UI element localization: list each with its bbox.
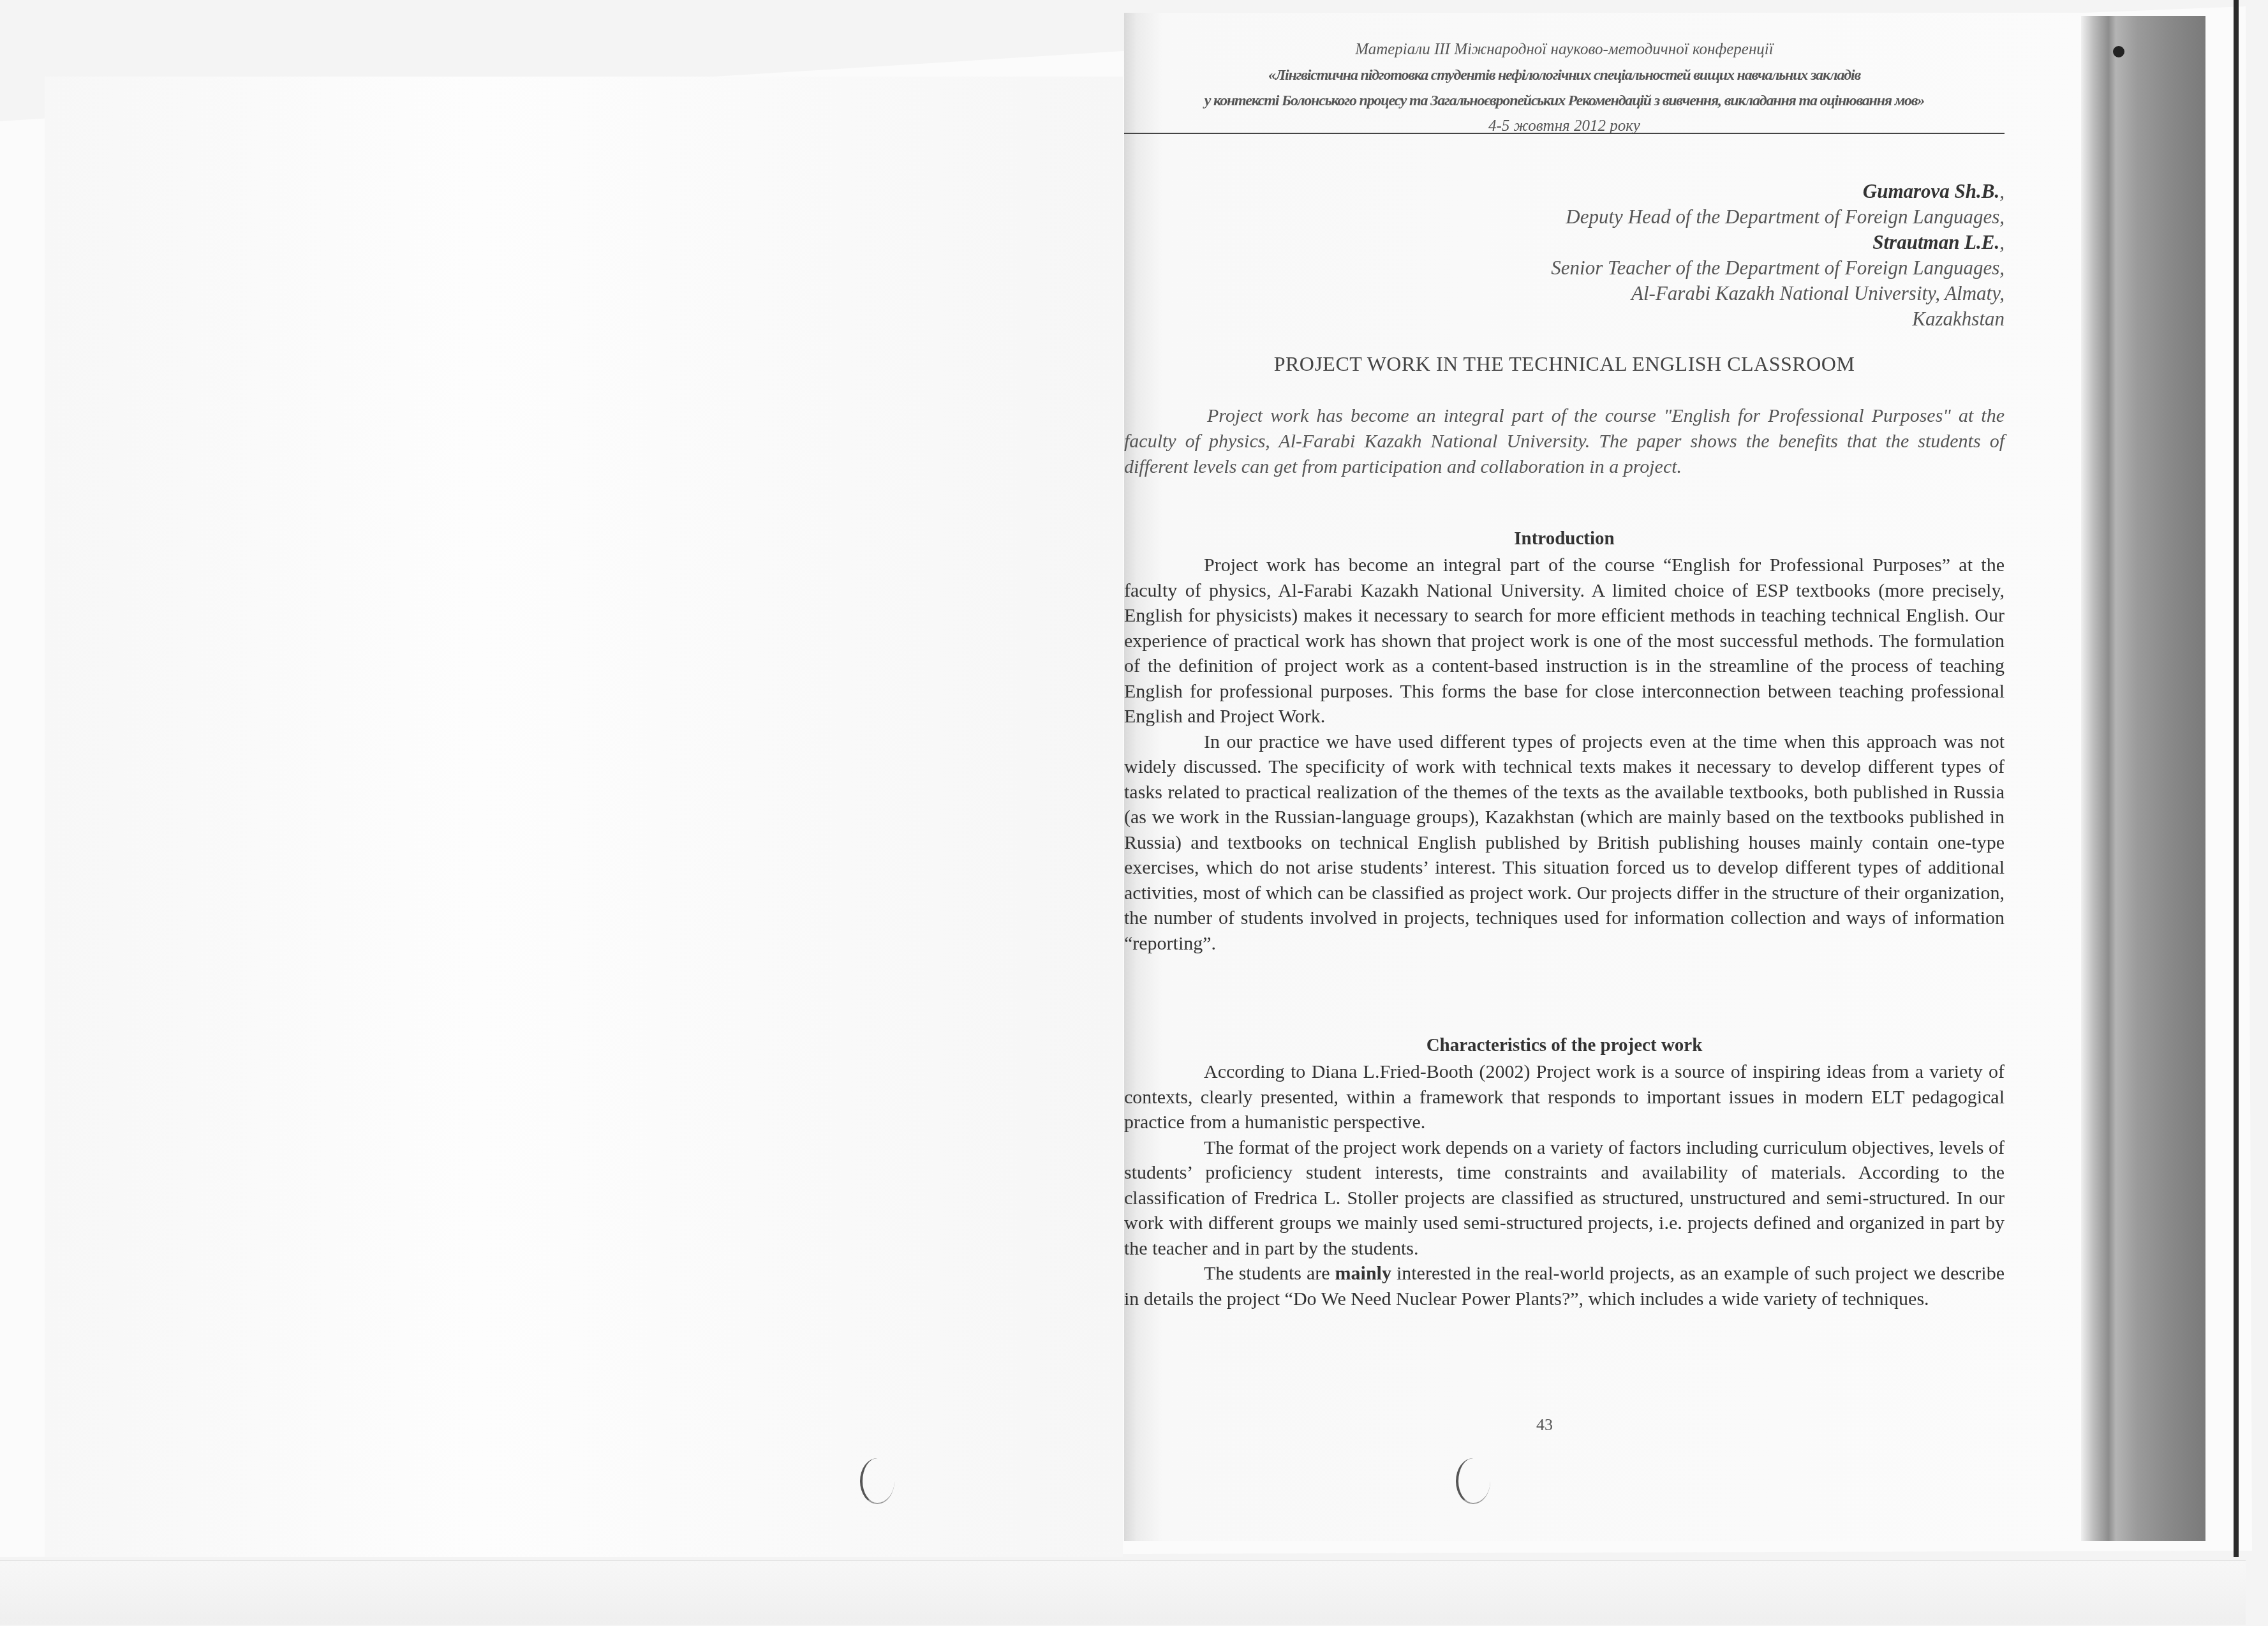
book-spine-shadow xyxy=(2081,16,2205,1541)
section-heading-characteristics: Characteristics of the project work xyxy=(1124,1035,2005,1056)
abstract: Project work has become an integral part… xyxy=(1124,403,2005,480)
author-affiliation: Al-Farabi Kazakh National University, Al… xyxy=(1340,281,2005,306)
author-2-role: Senior Teacher of the Department of Fore… xyxy=(1340,255,2005,281)
scan-speck-icon xyxy=(2113,46,2124,57)
punch-hole-icon xyxy=(1456,1458,1490,1504)
scan-bottom-margin xyxy=(0,1560,2246,1625)
left-page-blank xyxy=(45,77,1123,1557)
paragraph: According to Diana L.Fried-Booth (2002) … xyxy=(1124,1059,2005,1135)
running-header: Матеріали III Міжнародної науково-методи… xyxy=(1124,37,2005,139)
paragraph: In our practice we have used different t… xyxy=(1124,729,2005,957)
header-title-line: «Лінгвістична підготовка студентів нефіл… xyxy=(1124,63,2005,88)
introduction-body: Project work has become an integral part… xyxy=(1124,553,2005,956)
author-2-name: Strautman L.E. xyxy=(1872,231,1999,253)
header-conference-line: Матеріали III Міжнародної науково-методи… xyxy=(1124,37,2005,63)
punch-hole-icon xyxy=(860,1458,894,1504)
author-1-name: Gumarova Sh.B. xyxy=(1863,180,1999,202)
scan-edge-border xyxy=(2234,0,2239,1557)
emphasis: mainly xyxy=(1335,1263,1391,1284)
characteristics-body: According to Diana L.Fried-Booth (2002) … xyxy=(1124,1059,2005,1311)
header-date-line: 4-5 жовтня 2012 року xyxy=(1124,114,2005,139)
paragraph: The format of the project work depends o… xyxy=(1124,1135,2005,1262)
author-block: Gumarova Sh.B., Deputy Head of the Depar… xyxy=(1340,179,2005,332)
page-number: 43 xyxy=(1536,1415,1553,1435)
paragraph: The students are mainly interested in th… xyxy=(1124,1261,2005,1311)
paper-title: PROJECT WORK IN THE TECHNICAL ENGLISH CL… xyxy=(1124,352,2005,376)
paragraph: Project work has become an integral part… xyxy=(1124,553,2005,729)
header-context-line: у контексті Болонського процесу та Загал… xyxy=(1124,88,2005,114)
section-heading-introduction: Introduction xyxy=(1124,528,2005,549)
author-1-role: Deputy Head of the Department of Foreign… xyxy=(1340,204,2005,230)
header-divider xyxy=(1124,133,2005,134)
author-country: Kazakhstan xyxy=(1340,306,2005,332)
